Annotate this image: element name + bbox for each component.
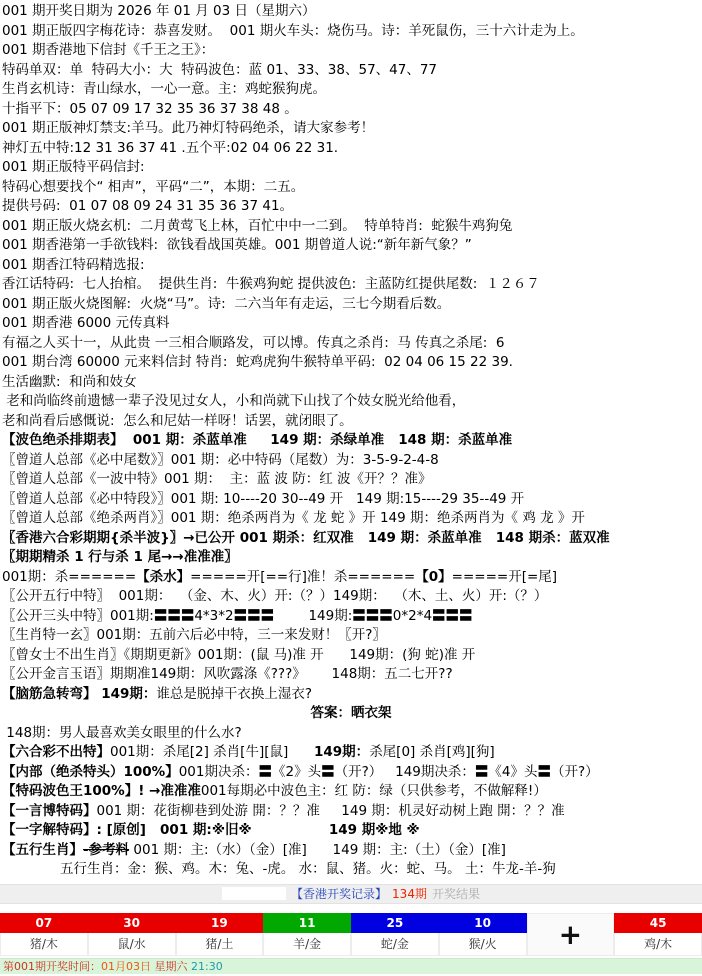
result-ball: 11羊/金 <box>263 913 351 956</box>
text-segment: （开?） 149期决杀： <box>335 764 475 780</box>
text-segment: 001 期香港地下信封《千王之王》： <box>2 42 214 58</box>
text-segment: 〖香港六合彩期期{杀半波}〗→已公开 001 期杀：红双准 149 期：杀蓝单准… <box>2 530 610 546</box>
text-line: 001 期香港 6000 元传真料 <box>0 314 702 334</box>
text-segment: 001 期开奖日期为 2026 年 01 月 03 日（星期六） <box>2 3 316 19</box>
text-segment: 001 期正版神灯禁支:羊马。此乃神灯特码绝杀，请大家参考！ <box>2 120 374 136</box>
text-segment: 【杀水】 <box>136 569 190 585</box>
text-line: 〖曾道人总部《一波中特》001 期： 主：蓝 波 防：红 波《开？？准》 <box>0 470 702 490</box>
text-segment: 〓〓〓 <box>352 608 393 624</box>
text-segment: 老和尚临终前遗憾一辈子没见过女人，小和尚就下山找了个妓女脱光给他看， <box>2 393 465 409</box>
text-segment: 〖公开三头中特〗001期: <box>2 608 154 624</box>
text-line: 特码心想要找个“ 相声”，平码“二”，本期：二五。 <box>0 178 702 198</box>
text-segment: 〖生肖特一玄〗001期：五前六后必中特，三一来发财！〖开?〗 <box>2 627 386 643</box>
text-segment: 〓 <box>538 764 552 780</box>
text-segment: 【波色绝杀排期表】 001 期：杀蓝单准 149 期：杀绿单准 148 期：杀蓝… <box>2 432 512 448</box>
text-line: 001 期香江特码精选报: <box>0 256 702 276</box>
text-line: 001 期香港地下信封《千王之王》： <box>0 41 702 61</box>
record-suffix: 开奖结果 <box>432 885 480 902</box>
text-segment: 〓〓〓 <box>234 608 275 624</box>
text-segment: 星期六 <box>155 958 192 974</box>
text-segment: 149期: <box>274 608 352 624</box>
text-line: 001 期正版四字梅花诗：恭喜发财。 001 期火车头：烧伤马。诗：羊死鼠伤，三… <box>0 22 702 42</box>
text-segment: 〖曾道人总部《必中特段》〗001 期: 10----20 30--49 开 14… <box>2 491 524 507</box>
result-ball: 25蛇/金 <box>351 913 439 956</box>
text-segment: 001 期正版四字梅花诗：恭喜发财。 001 期火车头：烧伤马。诗：羊死鼠伤，三… <box>2 23 584 39</box>
text-line: 生活幽默: 和尚和妓女 <box>0 373 702 393</box>
text-segment: 【六合彩不出特】 <box>2 744 110 760</box>
text-line: 〖公开金言玉语〗期期准149期：风吹露涤《???》 148期：五二七开?? <box>0 665 702 685</box>
record-issue: 134期 <box>392 885 427 902</box>
text-segment: 〖曾道人总部《绝杀两肖》〗001 期：绝杀两肖为《 龙 蛇 》开 149 期：绝… <box>2 510 585 526</box>
text-line: 148期：男人最喜欢美女眼里的什么水? <box>0 724 702 744</box>
ball-zodiac-element: 猪/土 <box>176 933 264 956</box>
text-segment: 《2》头 <box>272 764 321 780</box>
ball-number: 19 <box>176 913 264 933</box>
ball-zodiac-element: 鸡/木 <box>614 933 702 956</box>
result-ball: 30鼠/水 <box>88 913 176 956</box>
text-segment: 杀尾[0] 杀肖[鸡][狗] <box>369 744 494 760</box>
text-segment: 特码心想要找个“ 相声”，平码“二”，本期：二五。 <box>2 179 304 195</box>
text-segment: 《4》头 <box>488 764 537 780</box>
text-line: 〖香港六合彩期期{杀半波}〗→已公开 001 期杀：红双准 149 期：杀蓝单准… <box>0 529 702 549</box>
text-line: 有福之人买十一，从此贵 一三相合顺路发，可以博。传真之杀肖: 马 传真之杀尾: … <box>0 334 702 354</box>
text-segment: 4*3*2 <box>194 608 233 624</box>
text-segment: 生活幽默: 和尚和妓女 <box>2 374 137 390</box>
text-segment: 老和尚看后感慨说: 怎么和尼姑一样呀！话罢，就闭眼了。 <box>2 413 353 429</box>
text-line: 001 期正版神灯禁支:羊马。此乃神灯特码绝杀，请大家参考！ <box>0 119 702 139</box>
text-segment: 001每期必中波色主：红 防：绿（只供参考，不做解释!） <box>201 783 547 799</box>
text-line: 十指平下：05 07 09 17 32 35 36 37 38 48 。 <box>0 100 702 120</box>
text-segment: 【0】 <box>415 569 451 585</box>
text-line: 五行生肖：金：猴、鸡。木：兔、-虎。 水：鼠、猪。火：蛇、马。 土：牛龙-羊-狗 <box>0 860 702 880</box>
text-line: 001 期开奖日期为 2026 年 01 月 03 日（星期六） <box>0 2 702 22</box>
text-line: 001 期台湾 60000 元来料信封 特肖: 蛇鸡虎狗牛猴特单平码: 02 0… <box>0 353 702 373</box>
text-segment: 【内部（绝杀特头）100%】 <box>2 764 179 780</box>
ball-number: 25 <box>351 913 439 933</box>
text-line: 老和尚看后感慨说: 怎么和尼姑一样呀！话罢，就闭眼了。 <box>0 412 702 432</box>
text-line: 生肖玄机诗：青山绿水，一心一意。主：鸡蛇猴狗虎。 <box>0 80 702 100</box>
result-ball: 45鸡/木 <box>614 913 702 956</box>
text-line: 〖生肖特一玄〗001期：五前六后必中特，三一来发财！〖开?〗 <box>0 626 702 646</box>
text-segment: 【特码波色王100%】! →准准准 <box>2 783 201 799</box>
text-line: 【一字解特码】: [原创] 001 期:※旧※ 149 期※地 ※ <box>0 821 702 841</box>
text-segment: 001 期香江特码精选报: <box>2 257 145 273</box>
ball-zodiac-element: 蛇/金 <box>351 933 439 956</box>
text-line: 神灯五中特:12 31 36 37 41 .五个平:02 04 06 22 31… <box>0 139 702 159</box>
ball-zodiac-element: 猪/木 <box>0 933 88 956</box>
text-segment: 149 期※地 ※ <box>329 822 420 838</box>
text-line: 001期：杀======【杀水】=====开[==行]准！杀======【0】=… <box>0 568 702 588</box>
next-draw-footer: 第001期开奖时间：01月03日 星期六 21:30 <box>0 958 702 974</box>
text-segment: 〓 <box>259 764 273 780</box>
text-segment: 〖曾道人总部《一波中特》001 期： 主：蓝 波 防：红 波《开？？准》 <box>2 471 432 487</box>
text-segment <box>252 822 329 838</box>
text-line: 香江话特码: 七人抬棺。 提供生肖: 牛猴鸡狗蛇 提供波色: 主蓝防红提供尾数:… <box>0 275 702 295</box>
record-title: 【香港开奖记录】 <box>291 885 387 902</box>
text-segment: 001 期正版火烧图解: 火烧“马”。诗: 二六当年有走运，三七今期看后数。 <box>2 296 450 312</box>
text-line: 特码单双：单 特码大小：大 特码波色：蓝 01、33、38、57、47、77 <box>0 61 702 81</box>
text-segment: =====开[==行]准！杀====== <box>190 569 415 585</box>
text-segment: 0*2*4 <box>393 608 432 624</box>
text-segment: 01月03日 <box>101 958 155 974</box>
text-line: 【一言博特码】001 期：花街柳巷到处游 開：？？准 149 期：机灵好动树上跑… <box>0 802 702 822</box>
text-segment: 001 期香港第一手欲钱料: 欲钱看战国英雄。001 期曾道人说:“新年新气象？… <box>2 237 472 253</box>
text-line: 提供号码: 01 07 08 09 24 31 35 36 37 41。 <box>0 197 702 217</box>
text-line: 【波色绝杀排期表】 001 期：杀蓝单准 149 期：杀绿单准 148 期：杀蓝… <box>0 431 702 451</box>
text-segment: 〓 <box>475 764 489 780</box>
text-line: 【特码波色王100%】! →准准准001每期必中波色主：红 防：绿（只供参考，不… <box>0 782 702 802</box>
text-line: 001 期正版特平码信封: <box>0 158 702 178</box>
ball-zodiac-element: 猴/火 <box>439 933 527 956</box>
text-segment: 特码单双：单 特码大小：大 特码波色：蓝 01、33、38、57、47、77 <box>2 62 437 78</box>
text-segment: 〓〓〓 <box>154 608 195 624</box>
text-segment: 【一字解特码】: [原创] 001 期:※旧※ <box>2 822 252 838</box>
ball-zodiac-element: 鼠/水 <box>88 933 176 956</box>
text-segment: 神灯五中特:12 31 36 37 41 .五个平:02 04 06 22 31… <box>2 140 338 156</box>
text-line: 〖曾道人总部《必中尾数》〗001 期：必中特码（尾数）为：3-5-9-2-4-8 <box>0 451 702 471</box>
ball-number: 07 <box>0 913 88 933</box>
text-line: 【五行生肖】-参考料 001 期：主:（水）（金）[准] 149 期：主:（土）… <box>0 841 702 861</box>
text-line: 答案：晒衣架 <box>0 704 702 724</box>
text-line: 〖公开五行中特〗 001期： （金、木、火）开:（？）149期： （木、土、火）… <box>0 587 702 607</box>
text-line: 001 期正版火烧玄机: 二月黄莺飞上林，百忙中中一二到。 特单特肖: 蛇猴牛鸡… <box>0 217 702 237</box>
text-segment: （开?） <box>551 764 599 780</box>
content-lines: 001 期开奖日期为 2026 年 01 月 03 日（星期六）001 期正版四… <box>0 0 702 880</box>
text-segment: 〖曾道人总部《必中尾数》〗001 期：必中特码（尾数）为：3-5-9-2-4-8 <box>2 452 439 468</box>
text-segment: 生肖玄机诗：青山绿水，一心一意。主：鸡蛇猴狗虎。 <box>2 81 326 97</box>
text-segment: =====开[=尾] <box>452 569 557 585</box>
text-segment: 001 期：主:（水）（金）[准] 149 期：主:（土）（金）[准] <box>129 842 506 858</box>
result-ball: 10猴/火 <box>439 913 527 956</box>
text-line: 老和尚临终前遗憾一辈子没见过女人，小和尚就下山找了个妓女脱光给他看， <box>0 392 702 412</box>
result-ball: 07猪/木 <box>0 913 88 956</box>
result-ball-table: 07猪/木30鼠/水19猪/土11羊/金25蛇/金10猴/火+45鸡/木 <box>0 913 702 956</box>
record-bar: 【香港开奖记录】134期 开奖结果 <box>0 884 702 904</box>
text-line: 〖期期精杀 1 行与杀 1 尾→→准准准〗 <box>0 548 702 568</box>
text-segment: 21:30 <box>191 960 223 973</box>
text-line: 〖公开三头中特〗001期:〓〓〓4*3*2〓〓〓 149期:〓〓〓0*2*4〓〓… <box>0 607 702 627</box>
text-segment: 001 期台湾 60000 元来料信封 特肖: 蛇鸡虎狗牛猴特单平码: 02 0… <box>2 354 513 370</box>
text-line: 001 期正版火烧图解: 火烧“马”。诗: 二六当年有走运，三七今期看后数。 <box>0 295 702 315</box>
text-segment: 有福之人买十一，从此贵 一三相合顺路发，可以博。传真之杀肖: 马 传真之杀尾: … <box>2 335 504 351</box>
text-segment: 〖期期精杀 1 行与杀 1 尾→→准准准〗 <box>2 549 238 565</box>
text-segment: 〖公开五行中特〗 001期： （金、木、火）开:（？）149期： （木、土、火）… <box>2 588 547 604</box>
text-line: 〖曾女士不出生肖〗《期期更新》001期：(鼠 马)准 开 149期：(狗 蛇)准… <box>0 646 702 666</box>
text-segment: 001 期正版火烧玄机: 二月黄莺飞上林，百忙中中一二到。 特单特肖: 蛇猴牛鸡… <box>2 218 512 234</box>
text-line: 【内部（绝杀特头）100%】001期决杀：〓《2》头〓（开?） 149期决杀：〓… <box>0 763 702 783</box>
text-segment: 提供号码: 01 07 08 09 24 31 35 36 37 41。 <box>2 198 293 214</box>
ball-number: 45 <box>614 913 702 933</box>
text-segment: 【一言博特码】 <box>2 803 97 819</box>
text-segment: 148期：男人最喜欢美女眼里的什么水? <box>2 725 242 741</box>
text-segment: 【五行生肖】 <box>2 842 83 858</box>
text-segment: 001 期：花街柳巷到处游 開：？？准 149 期：机灵好动树上跑 開：？？准 <box>97 803 565 819</box>
text-segment: 第001期开奖时间： <box>3 958 101 974</box>
text-segment: 【脑筋急转弯】 149期： <box>2 686 156 702</box>
text-segment: 〓〓〓 <box>432 608 473 624</box>
text-segment: 001 期正版特平码信封: <box>2 159 145 175</box>
text-segment: 〖公开金言玉语〗期期准149期：风吹露涤《???》 148期：五二七开?? <box>2 666 453 682</box>
text-segment: 001 期香港 6000 元传真料 <box>2 315 170 331</box>
text-line: 【六合彩不出特】001期：杀尾[2] 杀肖[牛][鼠] 149期：杀尾[0] 杀… <box>0 743 702 763</box>
text-segment: 五行生肖：金：猴、鸡。木：兔、-虎。 水：鼠、猪。火：蛇、马。 土：牛龙-羊-狗 <box>60 861 556 877</box>
text-segment: 149期： <box>314 744 369 760</box>
text-line: 001 期香港第一手欲钱料: 欲钱看战国英雄。001 期曾道人说:“新年新气象？… <box>0 236 702 256</box>
text-line: 〖曾道人总部《必中特段》〗001 期: 10----20 30--49 开 14… <box>0 490 702 510</box>
result-ball: 19猪/土 <box>176 913 264 956</box>
text-segment: -参考料 <box>83 842 129 858</box>
plus-separator[interactable]: + <box>527 913 615 956</box>
text-segment: 十指平下：05 07 09 17 32 35 36 37 38 48 。 <box>2 101 298 117</box>
ball-number: 11 <box>263 913 351 933</box>
text-segment: 答案：晒衣架 <box>311 705 392 721</box>
text-segment: 001期决杀： <box>179 764 259 780</box>
text-segment: 〖曾女士不出生肖〗《期期更新》001期：(鼠 马)准 开 149期：(狗 蛇)准… <box>2 647 475 663</box>
ball-number: 10 <box>439 913 527 933</box>
text-line: 【脑筋急转弯】 149期：谁总是脱掉干衣换上湿衣? <box>0 685 702 705</box>
text-segment: 香江话特码: 七人抬棺。 提供生肖: 牛猴鸡狗蛇 提供波色: 主蓝防红提供尾数:… <box>2 276 540 292</box>
text-segment: 001期：杀====== <box>2 569 136 585</box>
text-line: 〖曾道人总部《绝杀两肖》〗001 期：绝杀两肖为《 龙 蛇 》开 149 期：绝… <box>0 509 702 529</box>
text-segment: 〓 <box>321 764 335 780</box>
record-search-input[interactable] <box>222 887 286 900</box>
ball-number: 30 <box>88 913 176 933</box>
text-segment: 谁总是脱掉干衣换上湿衣? <box>156 686 312 702</box>
text-segment: 001期：杀尾[2] 杀肖[牛][鼠] <box>110 744 314 760</box>
ball-zodiac-element: 羊/金 <box>263 933 351 956</box>
